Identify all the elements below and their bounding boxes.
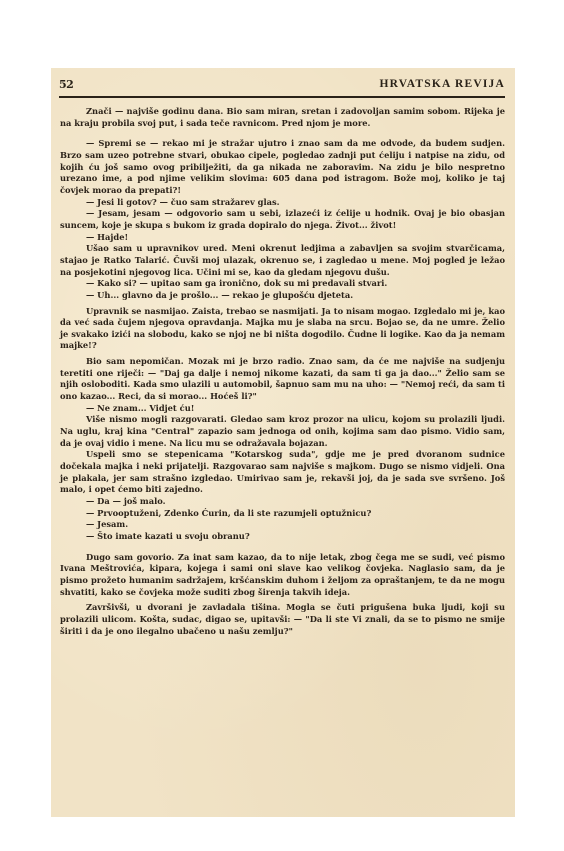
paragraph: — Što imate kazati u svoju obranu? [60,531,505,543]
paragraph: Uspeli smo se stepenicama "Kotarskog sud… [60,449,505,496]
paragraph: — Prvooptuženi, Zdenko Ćurin, da li ste … [60,508,505,520]
paragraph: Više nismo mogli razgovarati. Gledao sam… [60,414,505,449]
paragraph: Bio sam nepomičan. Mozak mi je brzo radi… [60,356,505,403]
paragraph: — Uh... glavno da je prošlo... — rekao j… [60,290,505,302]
page-number: 52 [59,78,73,91]
paragraph: — Jesam. [60,519,505,531]
paragraph: Znači — najviše godinu dana. Bio sam mir… [60,106,505,129]
paragraph: Upravnik se nasmijao. Zaista, trebao se … [60,306,505,353]
paragraph: Dugo sam govorio. Za inat sam kazao, da … [60,552,505,599]
header-rule [59,96,505,98]
paragraph: — Hajde! [60,232,505,244]
paragraph: — Kako si? — upitao sam ga ironično, dok… [60,278,505,290]
magazine-page: 52 HRVATSKA REVIJA Znači — najviše godin… [51,68,515,817]
running-head: HRVATSKA REVIJA [380,78,506,90]
page-header: 52 HRVATSKA REVIJA [59,74,505,96]
paragraph: — Jesam, jesam — odgovorio sam u sebi, i… [60,208,505,231]
paragraph: Završivši, u dvorani je zavladala tišina… [60,602,505,637]
paragraph: — Ne znam... Vidjet ću! [60,403,505,415]
paragraph: — Jesi li gotov? — čuo sam stražarev gla… [60,197,505,209]
article-body: Znači — najviše godinu dana. Bio sam mir… [60,106,505,637]
paragraph: — Spremi se — rekao mi je stražar ujutro… [60,138,505,196]
paragraph: Ušao sam u upravnikov ured. Meni okrenut… [60,243,505,278]
paragraph: — Da — još malo. [60,496,505,508]
